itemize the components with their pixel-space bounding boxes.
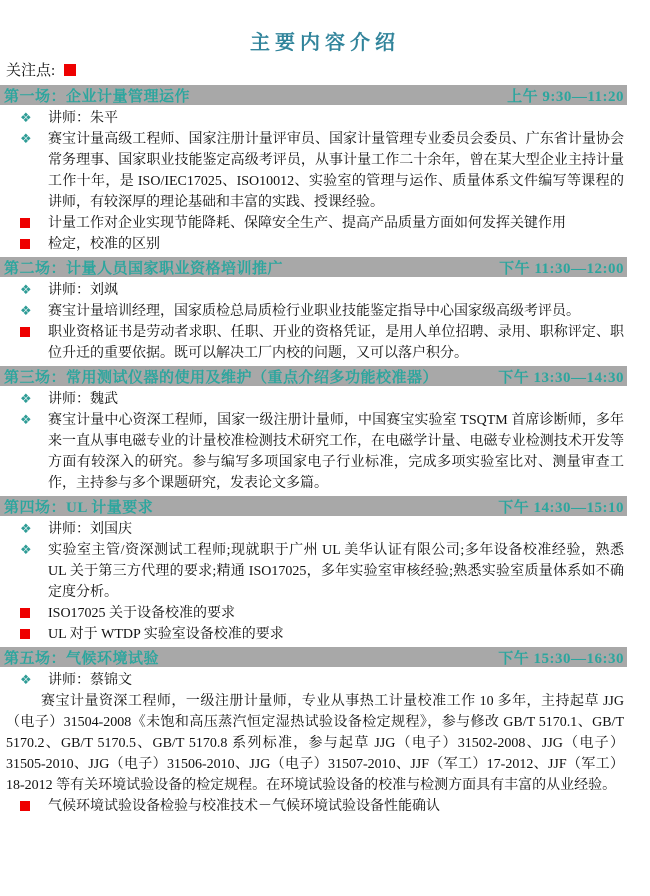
list-item: ❖ 讲师：魏武 xyxy=(0,389,624,410)
session-header-bar: 第五场：气候环境试验 下午 15:30—16:30 xyxy=(0,647,627,667)
session-time: 下午 13:30—14:30 xyxy=(498,366,624,387)
diamond-bullet-icon: ❖ xyxy=(20,540,32,561)
page-title: 主要内容介绍 xyxy=(0,30,650,56)
red-square-bullet-icon xyxy=(20,801,30,811)
session-section: 第一场：企业计量管理运作 上午 9:30—11:20 ❖ 讲师：朱平 ❖ 赛宝计… xyxy=(0,85,650,255)
list-item-text: 讲师：朱平 xyxy=(48,111,118,126)
list-item-text: 讲师：蔡锦文 xyxy=(48,673,132,688)
session-time: 下午 11:30—12:00 xyxy=(499,257,624,278)
legend-label: 关注点: xyxy=(6,63,59,79)
list-item-text: 讲师：魏武 xyxy=(48,392,118,407)
session-section: 第四场：UL 计量要求 下午 14:30—15:10 ❖ 讲师：刘国庆 ❖ 实验… xyxy=(0,496,650,645)
session-items: ❖ 讲师：魏武 ❖ 赛宝计量中心资深工程师，国家一级注册计量师，中国赛宝实验室 … xyxy=(0,389,624,494)
list-item-text: 赛宝计量中心资深工程师，国家一级注册计量师，中国赛宝实验室 TSQTM 首席诊断… xyxy=(48,413,624,491)
list-item: ❖ 赛宝计量中心资深工程师，国家一级注册计量师，中国赛宝实验室 TSQTM 首席… xyxy=(0,410,624,494)
diamond-bullet-icon: ❖ xyxy=(20,301,32,322)
list-item: ❖ 赛宝计量高级工程师、国家注册计量评审员、国家计量管理专业委员会委员、广东省计… xyxy=(0,129,624,213)
list-item-text: 赛宝计量高级工程师、国家注册计量评审员、国家计量管理专业委员会委员、广东省计量协… xyxy=(48,132,624,210)
session-title: 第四场：UL 计量要求 xyxy=(4,496,153,517)
session-items: ❖ 讲师：朱平 ❖ 赛宝计量高级工程师、国家注册计量评审员、国家计量管理专业委员… xyxy=(0,108,624,255)
session-items: ❖ 讲师：蔡锦文 赛宝计量资深工程师，一级注册计量师，专业从事热工计量校准工作 … xyxy=(0,670,624,817)
legend-row: 关注点: xyxy=(6,62,650,81)
list-item: ❖ 讲师：朱平 xyxy=(0,108,624,129)
diamond-bullet-icon: ❖ xyxy=(20,280,32,301)
list-item-text: ISO17025 关于设备校准的要求 xyxy=(48,606,235,621)
session-header-bar: 第二场：计量人员国家职业资格培训推广 下午 11:30—12:00 xyxy=(0,257,627,277)
session-header-bar: 第一场：企业计量管理运作 上午 9:30—11:20 xyxy=(0,85,627,105)
diamond-bullet-icon: ❖ xyxy=(20,108,32,129)
session-section: 第三场：常用测试仪器的使用及维护（重点介绍多功能校准器） 下午 13:30—14… xyxy=(0,366,650,494)
session-time: 上午 9:30—11:20 xyxy=(507,85,624,106)
list-item-text: 计量工作对企业实现节能降耗、保障安全生产、提高产品质量方面如何发挥关键作用 xyxy=(48,216,566,231)
list-item: ❖ 赛宝计量培训经理，国家质检总局质检行业职业技能鉴定指导中心国家级高级考评员。 xyxy=(0,301,624,322)
list-item: 赛宝计量资深工程师，一级注册计量师，专业从事热工计量校准工作 10 多年，主持起… xyxy=(0,691,624,796)
session-section: 第二场：计量人员国家职业资格培训推广 下午 11:30—12:00 ❖ 讲师：刘… xyxy=(0,257,650,364)
session-section: 第五场：气候环境试验 下午 15:30—16:30 ❖ 讲师：蔡锦文 赛宝计量资… xyxy=(0,647,650,817)
list-item-text: 讲师：刘飒 xyxy=(48,283,118,298)
session-title: 第二场：计量人员国家职业资格培训推广 xyxy=(4,257,283,278)
session-title: 第一场：企业计量管理运作 xyxy=(4,85,190,106)
red-square-icon xyxy=(64,64,76,76)
list-item: 气候环境试验设备检验与校准技术－气候环境试验设备性能确认 xyxy=(0,796,624,817)
list-item: ISO17025 关于设备校准的要求 xyxy=(0,603,624,624)
session-time: 下午 15:30—16:30 xyxy=(498,647,624,668)
list-item-text: 赛宝计量资深工程师，一级注册计量师，专业从事热工计量校准工作 10 多年，主持起… xyxy=(6,694,624,793)
session-header-bar: 第三场：常用测试仪器的使用及维护（重点介绍多功能校准器） 下午 13:30—14… xyxy=(0,366,627,386)
session-time: 下午 14:30—15:10 xyxy=(498,496,624,517)
list-item: ❖ 讲师：刘国庆 xyxy=(0,519,624,540)
list-item: ❖ 讲师：刘飒 xyxy=(0,280,624,301)
red-square-bullet-icon xyxy=(20,608,30,618)
list-item-text: 职业资格证书是劳动者求职、任职、开业的资格凭证，是用人单位招聘、录用、职称评定、… xyxy=(48,325,624,361)
list-item: 检定，校准的区别 xyxy=(0,234,624,255)
list-item-text: 气候环境试验设备检验与校准技术－气候环境试验设备性能确认 xyxy=(48,799,440,814)
diamond-bullet-icon: ❖ xyxy=(20,410,32,431)
list-item: UL 对于 WTDP 实验室设备校准的要求 xyxy=(0,624,624,645)
red-square-bullet-icon xyxy=(20,239,30,249)
red-square-bullet-icon xyxy=(20,218,30,228)
session-title: 第三场：常用测试仪器的使用及维护（重点介绍多功能校准器） xyxy=(4,366,438,387)
list-item-text: 赛宝计量培训经理，国家质检总局质检行业职业技能鉴定指导中心国家级高级考评员。 xyxy=(48,304,580,319)
document-page: 主要内容介绍 关注点: 第一场：企业计量管理运作 上午 9:30—11:20 ❖… xyxy=(0,0,650,896)
session-items: ❖ 讲师：刘飒 ❖ 赛宝计量培训经理，国家质检总局质检行业职业技能鉴定指导中心国… xyxy=(0,280,624,364)
session-title: 第五场：气候环境试验 xyxy=(4,647,159,668)
diamond-bullet-icon: ❖ xyxy=(20,389,32,410)
list-item: 计量工作对企业实现节能降耗、保障安全生产、提高产品质量方面如何发挥关键作用 xyxy=(0,213,624,234)
list-item-text: 讲师：刘国庆 xyxy=(48,522,132,537)
list-item-text: 实验室主管/资深测试工程师;现就职于广州 UL 美华认证有限公司;多年设备校准经… xyxy=(48,543,624,600)
list-item-text: 检定，校准的区别 xyxy=(48,237,160,252)
diamond-bullet-icon: ❖ xyxy=(20,519,32,540)
sessions-list: 第一场：企业计量管理运作 上午 9:30—11:20 ❖ 讲师：朱平 ❖ 赛宝计… xyxy=(0,85,650,817)
session-header-bar: 第四场：UL 计量要求 下午 14:30—15:10 xyxy=(0,496,627,516)
list-item: ❖ 讲师：蔡锦文 xyxy=(0,670,624,691)
red-square-bullet-icon xyxy=(20,629,30,639)
red-square-bullet-icon xyxy=(20,327,30,337)
diamond-bullet-icon: ❖ xyxy=(20,129,32,150)
list-item: 职业资格证书是劳动者求职、任职、开业的资格凭证，是用人单位招聘、录用、职称评定、… xyxy=(0,322,624,364)
diamond-bullet-icon: ❖ xyxy=(20,670,32,691)
list-item-text: UL 对于 WTDP 实验室设备校准的要求 xyxy=(48,627,284,642)
session-items: ❖ 讲师：刘国庆 ❖ 实验室主管/资深测试工程师;现就职于广州 UL 美华认证有… xyxy=(0,519,624,645)
list-item: ❖ 实验室主管/资深测试工程师;现就职于广州 UL 美华认证有限公司;多年设备校… xyxy=(0,540,624,603)
